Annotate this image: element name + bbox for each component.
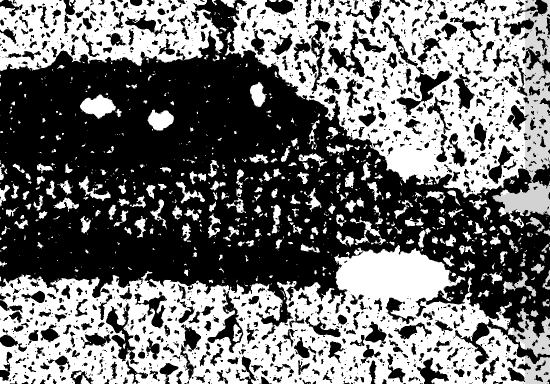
- micrograph-image: [0, 0, 550, 384]
- white-opening-left-2: [148, 112, 172, 128]
- white-opening-left-1: [81, 96, 115, 116]
- white-opening-left-3: [251, 83, 265, 109]
- screenshot-root: [0, 0, 550, 384]
